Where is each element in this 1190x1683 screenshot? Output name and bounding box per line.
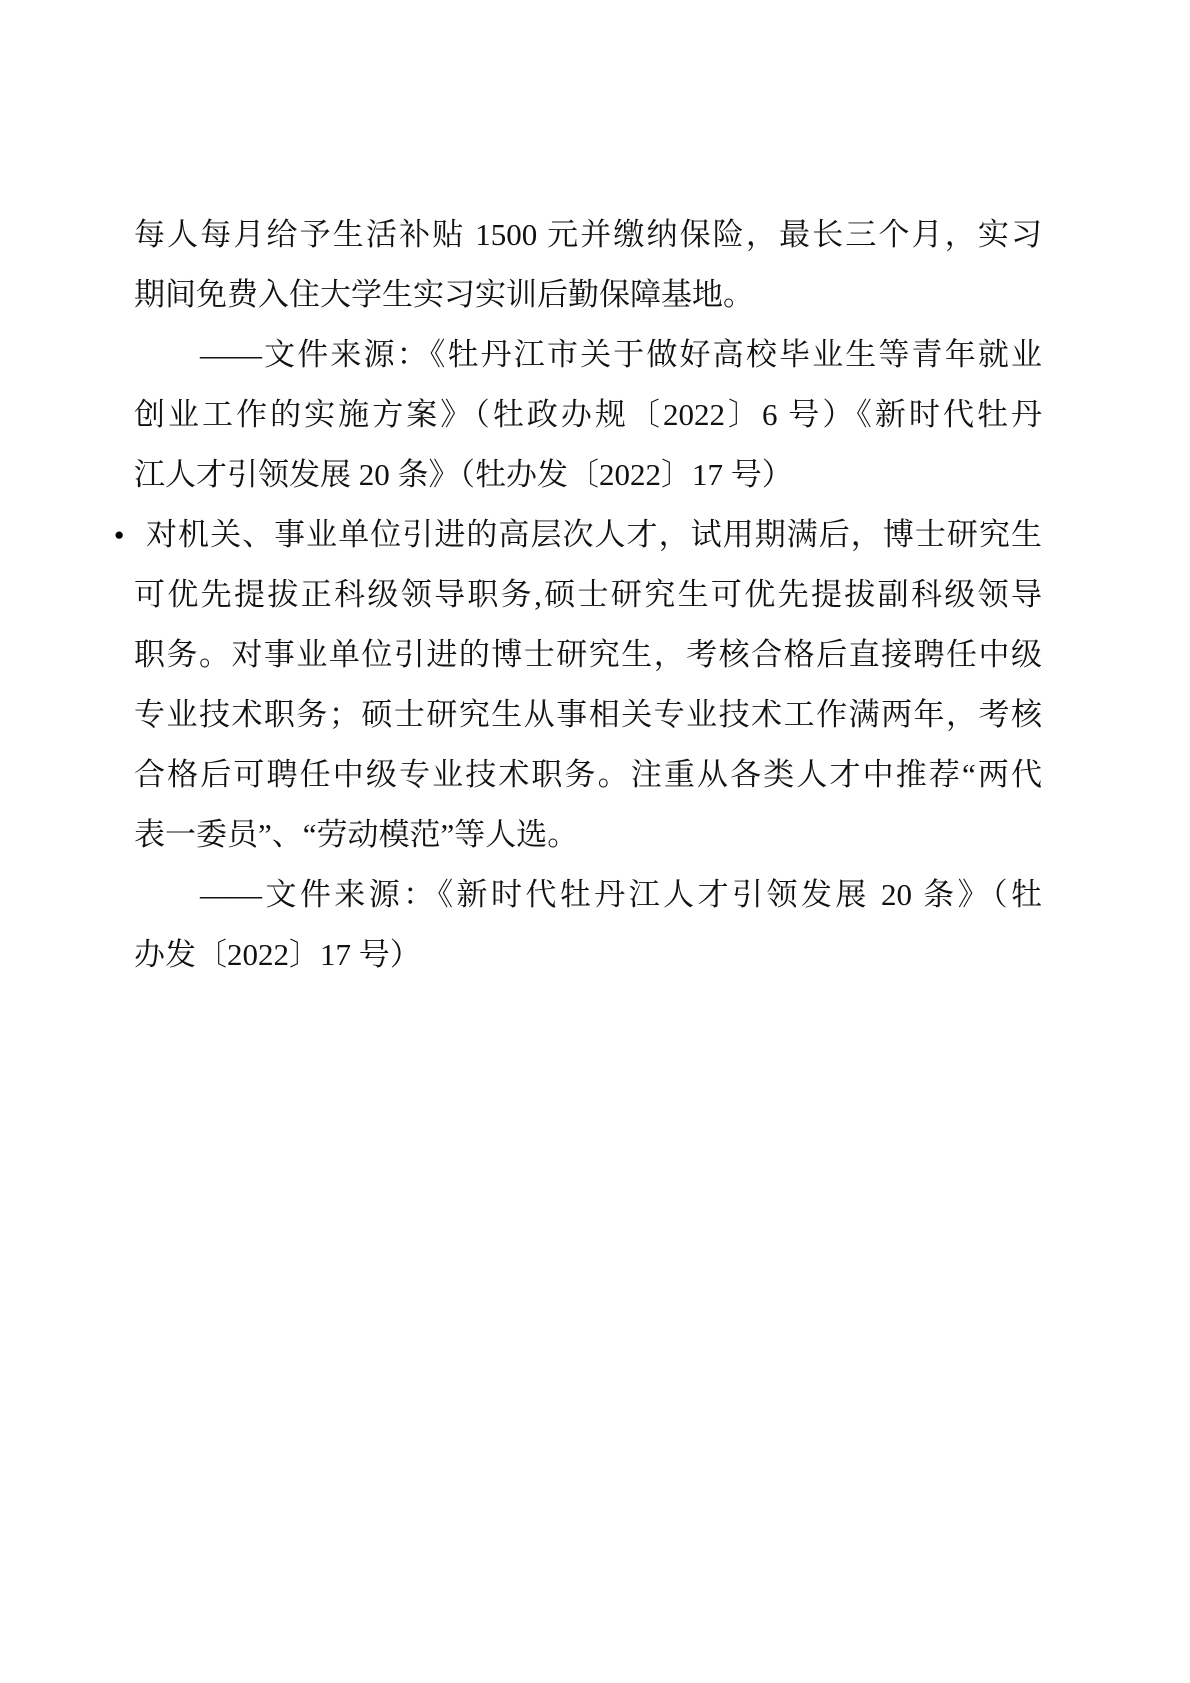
bullet-item-first-line: 对机关、事业单位引进的高层次人才，试用期满后，博士研究生	[146, 517, 1042, 552]
doc-line-2: 期间免费入住大学生实习实训后勤保障基地。	[134, 265, 1042, 325]
doc-line-11: 表一委员”、“劳动模范”等人选。	[134, 805, 1042, 865]
doc-line-12-citation: ——文件来源：《新时代牡丹江人才引领发展 20 条》（牡	[134, 865, 1042, 925]
list-bullet-icon: ●	[114, 505, 136, 565]
doc-line-5-citation: 江人才引领发展 20 条》（牡办发〔2022〕17 号）	[134, 445, 1042, 505]
doc-line-9: 专业技术职务；硕士研究生从事相关专业技术工作满两年，考核	[134, 685, 1042, 745]
doc-line-7: 可优先提拔正科级领导职务,硕士研究生可优先提拔副科级领导	[134, 565, 1042, 625]
doc-line-6-bullet-item: ●对机关、事业单位引进的高层次人才，试用期满后，博士研究生	[134, 505, 1042, 565]
document-page: 每人每月给予生活补贴 1500 元并缴纳保险，最长三个月，实习 期间免费入住大学…	[0, 0, 1190, 1683]
doc-line-10: 合格后可聘任中级专业技术职务。注重从各类人才中推荐“两代	[134, 745, 1042, 805]
text-block: 每人每月给予生活补贴 1500 元并缴纳保险，最长三个月，实习 期间免费入住大学…	[134, 205, 1042, 985]
doc-line-1: 每人每月给予生活补贴 1500 元并缴纳保险，最长三个月，实习	[134, 205, 1042, 265]
doc-line-8: 职务。对事业单位引进的博士研究生，考核合格后直接聘任中级	[134, 625, 1042, 685]
doc-line-3-citation: ——文件来源：《牡丹江市关于做好高校毕业生等青年就业	[134, 325, 1042, 385]
doc-line-13-citation: 办发〔2022〕17 号）	[134, 925, 1042, 985]
doc-line-4-citation: 创业工作的实施方案》（牡政办规〔2022〕6 号）《新时代牡丹	[134, 385, 1042, 445]
